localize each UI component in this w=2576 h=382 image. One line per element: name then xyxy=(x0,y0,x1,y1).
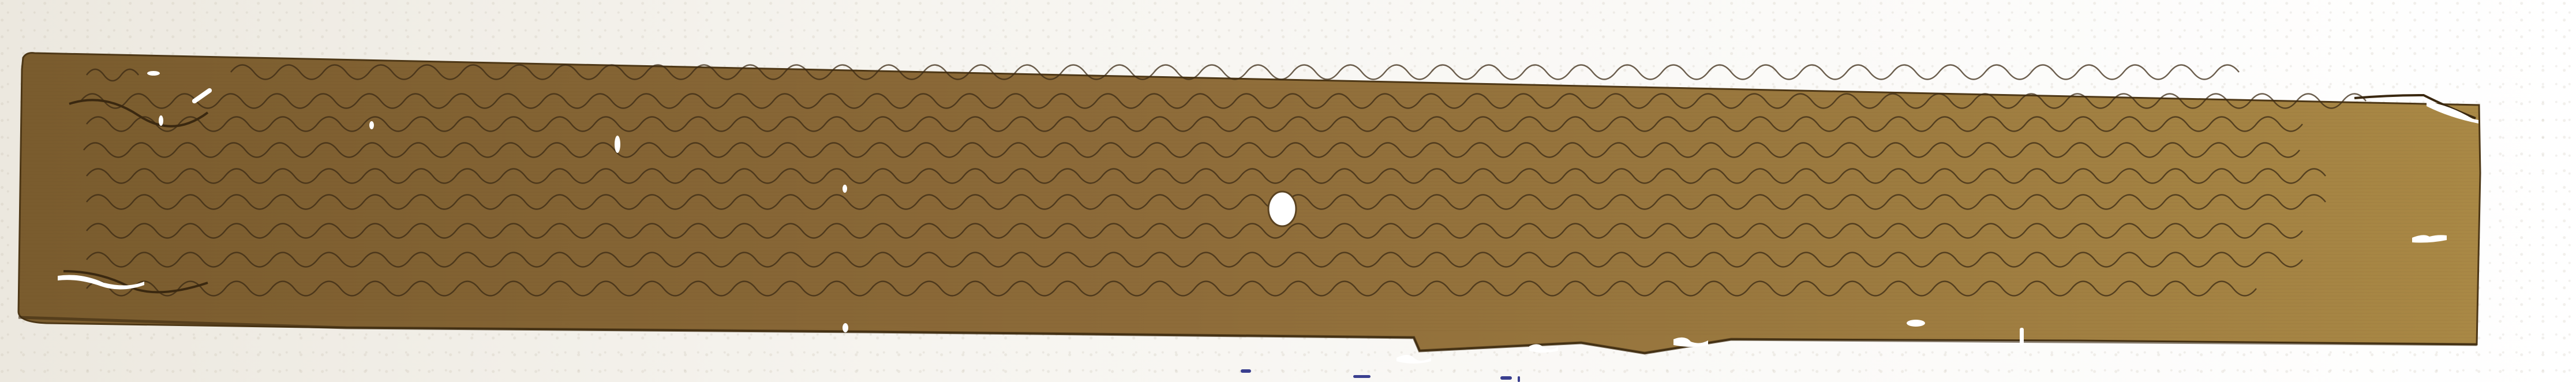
palm-leaf-manuscript xyxy=(0,0,2576,382)
leaf-svg xyxy=(0,0,2576,382)
blue-ink-mark xyxy=(1353,375,1371,378)
binding-hole xyxy=(1268,192,1296,226)
blue-ink-mark xyxy=(1518,376,1520,382)
blue-ink-mark xyxy=(1241,369,1251,373)
blue-ink-mark xyxy=(1500,376,1512,380)
